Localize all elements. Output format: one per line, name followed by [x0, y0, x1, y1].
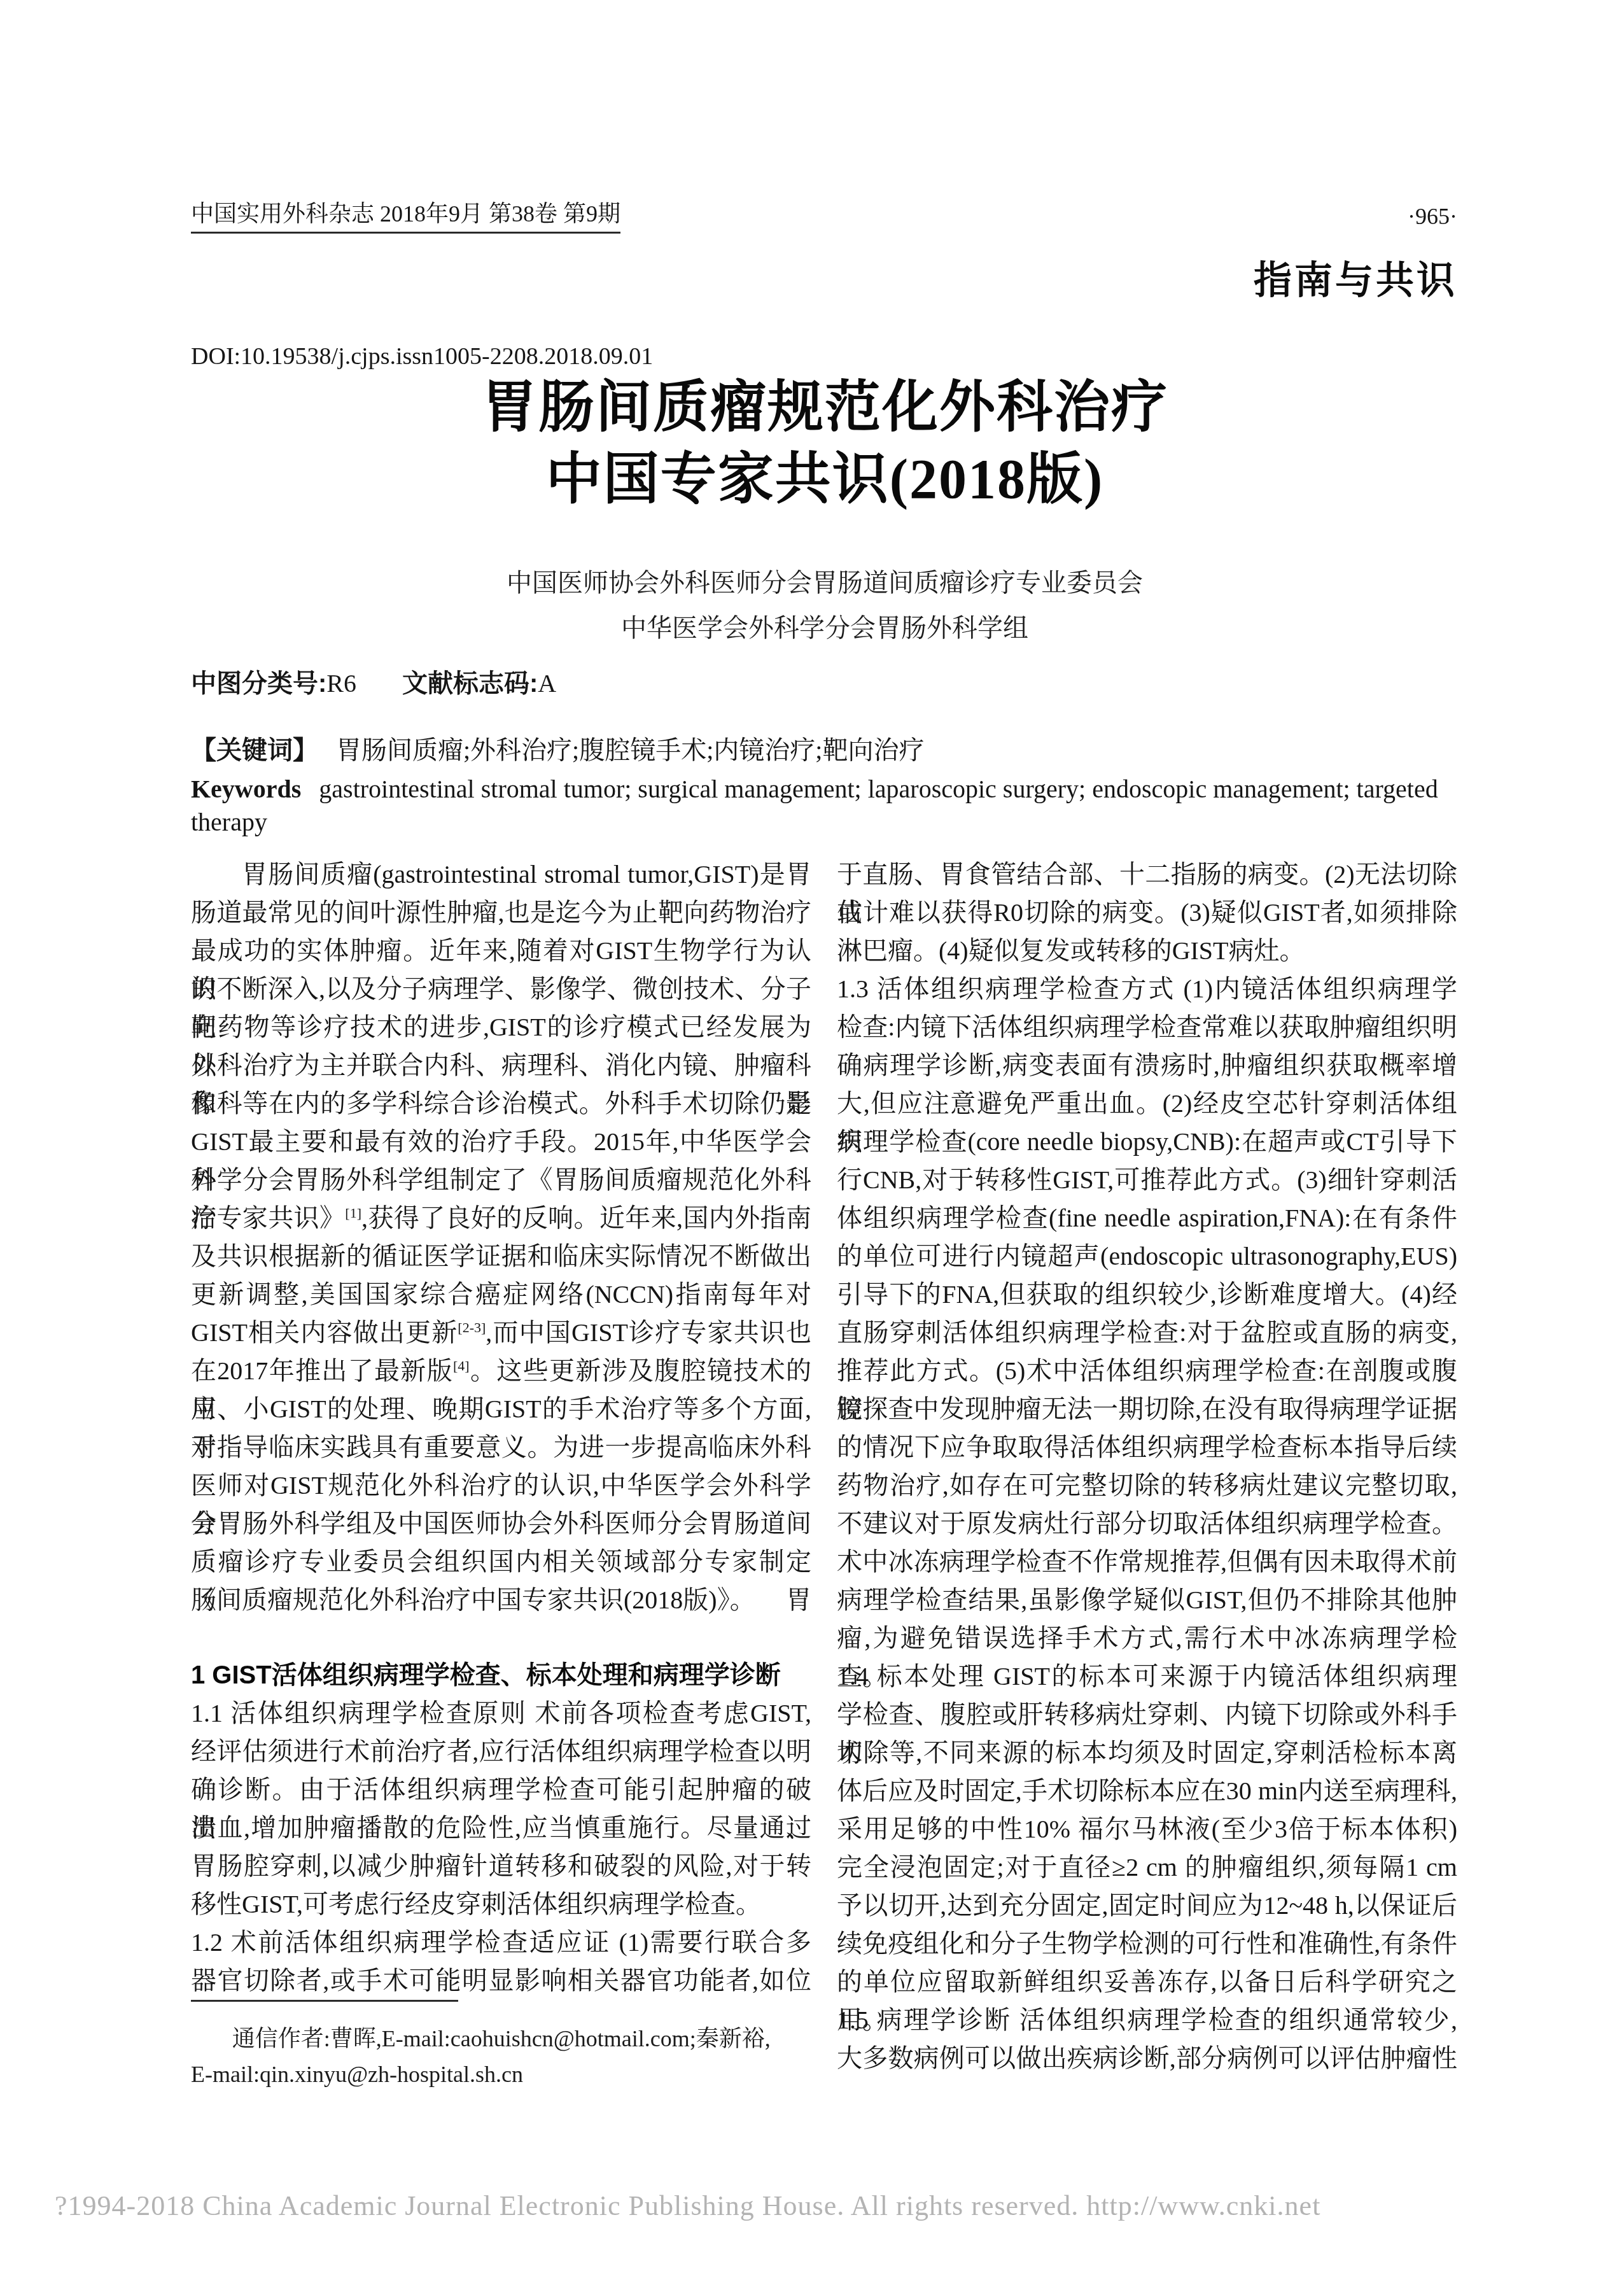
text-line: 的单位可进行内镜超声(endoscopic ultrasonography,EU… — [837, 1237, 1457, 1276]
clc-value: R6 — [326, 669, 356, 698]
text-line: 体后应及时固定,手术切除标本应在30 min内送至病理科, — [837, 1772, 1457, 1810]
text-line: 1.1 活体组织病理学检查原则 术前各项检查考虑GIST, — [191, 1694, 811, 1733]
footnote-divider — [191, 2000, 458, 2002]
text-line: GIST最主要和最有效的治疗手段。2015年,中华医学会外 — [191, 1123, 811, 1161]
text-line: 科学分会胃肠外科学组制定了《胃肠间质瘤规范化外科治 — [191, 1161, 811, 1199]
paragraph: 1.2 术前活体组织病理学检查适应证 (1)需要行联合多器官切除者,或手术可能明… — [191, 1923, 811, 2000]
text-line: 淋巴瘤。(4)疑似复发或转移的GIST病灶。 — [837, 932, 1457, 970]
text-line: 像科等在内的多学科综合诊治模式。外科手术切除仍是 — [191, 1085, 811, 1123]
text-line: 不建议对于原发病灶行部分切取活体组织病理学检查。 — [837, 1505, 1457, 1543]
paragraph: 1.1 活体组织病理学检查原则 术前各项检查考虑GIST,经评估须进行术前治疗者… — [191, 1694, 811, 1923]
text-line: 会胃肠外科学组及中国医师协会外科医师分会胃肠道间 — [191, 1505, 811, 1543]
text-line: 切除等,不同来源的标本均须及时固定,穿刺活检标本离 — [837, 1734, 1457, 1772]
keywords-cn-line: 【关键词】胃肠间质瘤;外科治疗;腹腔镜手术;内镜治疗;靶向治疗 — [191, 734, 924, 767]
paragraph: 胃肠间质瘤(gastrointestinal stromal tumor,GIS… — [191, 855, 811, 1619]
text-line: 肠间质瘤规范化外科治疗中国专家共识(2018版)》。 — [191, 1581, 811, 1619]
text-line: 于直肠、胃食管结合部、十二指肠的病变。(2)无法切除或 — [837, 855, 1457, 894]
keywords-en-line: Keywordsgastrointestinal stromal tumor; … — [191, 773, 1459, 839]
text-line: 的不断深入,以及分子病理学、影像学、微创技术、分子靶 — [191, 970, 811, 1008]
doi-line: DOI:10.19538/j.cjps.issn1005-2208.2018.0… — [191, 342, 653, 370]
text-line: 在2017年推出了最新版[4]。这些更新涉及腹腔镜技术的应 — [191, 1352, 811, 1390]
text-line: 续免疫组化和分子生物学检测的可行性和准确性,有条件 — [837, 1925, 1457, 1963]
doc-code-label: 文献标志码: — [402, 670, 538, 698]
text-line: 外科治疗为主并联合内科、病理科、消化内镜、肿瘤科和影 — [191, 1046, 811, 1085]
article-title-line2: 中国专家共识(2018版) — [191, 444, 1459, 516]
text-line: 推荐此方式。(5)术中活体组织病理学检查:在剖腹或腹腔 — [837, 1352, 1457, 1390]
text-line: 体组织病理学检查(fine needle aspiration,FNA):在有条… — [837, 1199, 1457, 1237]
article-title: 胃肠间质瘤规范化外科治疗 中国专家共识(2018版) — [191, 372, 1459, 516]
journal-page: 中国实用外科杂志 2018年9月 第38卷 第9期 ·965· 指南与共识 DO… — [0, 0, 1624, 2278]
text-line: 术中冰冻病理学检查不作常规推荐,但偶有因未取得术前 — [837, 1543, 1457, 1581]
text-line: 直肠穿刺活体组织病理学检查:对于盆腔或直肠的病变, — [837, 1314, 1457, 1352]
text-line: 移性GIST,可考虑行经皮穿刺活体组织病理学检查。 — [191, 1885, 811, 1923]
text-line: 镜探查中发现肿瘤无法一期切除,在没有取得病理学证据 — [837, 1390, 1457, 1428]
text-line: 行CNB,对于转移性GIST,可推荐此方式。(3)细针穿刺活 — [837, 1161, 1457, 1199]
keywords-cn-text: 胃肠间质瘤;外科治疗;腹腔镜手术;内镜治疗;靶向治疗 — [336, 736, 924, 764]
text-line: 病理学检查(core needle biopsy,CNB):在超声或CT引导下 — [837, 1123, 1457, 1161]
text-line: 器官切除者,或手术可能明显影响相关器官功能者,如位 — [191, 1962, 811, 2000]
affiliation-line2: 中华医学会外科学分会胃肠外科学组 — [191, 605, 1459, 650]
text-line: 引导下的FNA,但获取的组织较少,诊断难度增大。(4)经 — [837, 1276, 1457, 1314]
article-title-line1: 胃肠间质瘤规范化外科治疗 — [191, 372, 1459, 444]
text-line: 用、小GIST的处理、晚期GIST的手术治疗等多个方面,对 — [191, 1390, 811, 1428]
section-heading: 1 GIST活体组织病理学检查、标本处理和病理学诊断 — [191, 1656, 811, 1694]
right-column-blocks: 于直肠、胃食管结合部、十二指肠的病变。(2)无法切除或估计难以获得R0切除的病变… — [837, 855, 1457, 2078]
journal-info: 中国实用外科杂志 2018年9月 第38卷 第9期 — [191, 201, 620, 234]
text-line: 检查:内镜下活体组织病理学检查常难以获取肿瘤组织明 — [837, 1008, 1457, 1046]
keywords-cn-label: 【关键词】 — [191, 736, 318, 764]
page-number: ·965· — [1408, 204, 1457, 229]
text-line: 胃肠间质瘤(gastrointestinal stromal tumor,GIS… — [191, 855, 811, 894]
text-line: 1.5 病理学诊断 活体组织病理学检查的组织通常较少, — [837, 2001, 1457, 2039]
text-line: 学检查、腹腔或肝转移病灶穿刺、内镜下切除或外科手术 — [837, 1696, 1457, 1734]
text-line: 大多数病例可以做出疾病诊断,部分病例可以评估肿瘤性 — [837, 2039, 1457, 2078]
text-line: 肠道最常见的间叶源性肿瘤,也是迄今为止靶向药物治疗 — [191, 894, 811, 932]
text-line: 药物治疗,如存在可完整切除的转移病灶建议完整切取, — [837, 1466, 1457, 1505]
text-line: 医师对GIST规范化外科治疗的认识,中华医学会外科学分 — [191, 1466, 811, 1505]
footnote: 通信作者:曹晖,E-mail:caohuishcn@hotmail.com;秦新… — [191, 2021, 811, 2092]
text-line: 的情况下应争取取得活体组织病理学检查标本指导后续 — [837, 1428, 1457, 1466]
text-line: 最成功的实体肿瘤。近年来,随着对GIST生物学行为认识 — [191, 932, 811, 970]
text-line: 1.2 术前活体组织病理学检查适应证 (1)需要行联合多 — [191, 1923, 811, 1962]
text-line: 确诊断。由于活体组织病理学检查可能引起肿瘤的破溃、 — [191, 1771, 811, 1809]
left-column-blocks: 胃肠间质瘤(gastrointestinal stromal tumor,GIS… — [191, 855, 811, 2000]
text-line: 估计难以获得R0切除的病变。(3)疑似GIST者,如须排除 — [837, 894, 1457, 932]
text-line: 予以切开,达到充分固定,固定时间应为12~48 h,以保证后 — [837, 1887, 1457, 1925]
paragraph: 1.5 病理学诊断 活体组织病理学检查的组织通常较少,大多数病例可以做出疾病诊断… — [837, 2001, 1457, 2078]
text-line: 1.4 标本处理 GIST的标本可来源于内镜活体组织病理 — [837, 1657, 1457, 1696]
text-line: 及共识根据新的循证医学证据和临床实际情况不断做出 — [191, 1237, 811, 1276]
paragraph: 1.3 活体组织病理学检查方式 (1)内镜活体组织病理学检查:内镜下活体组织病理… — [837, 970, 1457, 1657]
paragraph: 1.4 标本处理 GIST的标本可来源于内镜活体组织病理学检查、腹腔或肝转移病灶… — [837, 1657, 1457, 2001]
text-line: 经评估须进行术前治疗者,应行活体组织病理学检查以明 — [191, 1733, 811, 1771]
text-line: GIST相关内容做出更新[2-3],而中国GIST诊疗专家共识也 — [191, 1314, 811, 1352]
text-line: 大,但应注意避免严重出血。(2)经皮空芯针穿刺活体组织 — [837, 1085, 1457, 1123]
doc-code-value: A — [538, 669, 556, 698]
footnote-line: 通信作者:曹晖,E-mail:caohuishcn@hotmail.com;秦新… — [191, 2021, 811, 2057]
clc-label: 中图分类号: — [191, 670, 326, 698]
author-affiliations: 中国医师协会外科医师分会胃肠道间质瘤诊疗专业委员会 中华医学会外科学分会胃肠外科… — [191, 560, 1459, 650]
paragraph: 于直肠、胃食管结合部、十二指肠的病变。(2)无法切除或估计难以获得R0切除的病变… — [837, 855, 1457, 970]
text-line: 确病理学诊断,病变表面有溃疡时,肿瘤组织获取概率增 — [837, 1046, 1457, 1085]
text-line: 的单位应留取新鲜组织妥善冻存,以备日后科学研究之用。 — [837, 1963, 1457, 2001]
keywords-en-text: gastrointestinal stromal tumor; surgical… — [191, 775, 1438, 836]
body-left-column: 胃肠间质瘤(gastrointestinal stromal tumor,GIS… — [191, 855, 811, 2092]
text-line: 于指导临床实践具有重要意义。为进一步提高临床外科 — [191, 1428, 811, 1466]
column-section-label: 指南与共识 — [1254, 260, 1457, 302]
text-line: 采用足够的中性10% 福尔马林液(至少3倍于标本体积) — [837, 1810, 1457, 1848]
classification-line: 中图分类号:R6文献标志码:A — [191, 667, 556, 700]
text-line: 完全浸泡固定;对于直径≥2 cm 的肿瘤组织,须每隔1 cm — [837, 1848, 1457, 1887]
cnki-watermark: ?1994-2018 China Academic Journal Electr… — [55, 2190, 1320, 2222]
text-line: 胃肠腔穿刺,以减少肿瘤针道转移和破裂的风险,对于转 — [191, 1847, 811, 1885]
text-line: 出血,增加肿瘤播散的危险性,应当慎重施行。尽量通过 — [191, 1809, 811, 1847]
text-line: 瘤,为避免错误选择手术方式,需行术中冰冻病理学检查。 — [837, 1619, 1457, 1657]
text-line: 病理学检查结果,虽影像学疑似GIST,但仍不排除其他肿 — [837, 1581, 1457, 1619]
text-line: 疗专家共识》[1],获得了良好的反响。近年来,国内外指南 — [191, 1199, 811, 1237]
keywords-en-label: Keywords — [191, 775, 301, 803]
body-right-column: 于直肠、胃食管结合部、十二指肠的病变。(2)无法切除或估计难以获得R0切除的病变… — [837, 855, 1457, 2078]
affiliation-line1: 中国医师协会外科医师分会胃肠道间质瘤诊疗专业委员会 — [191, 560, 1459, 605]
text-line: 更新调整,美国国家综合癌症网络(NCCN)指南每年对 — [191, 1276, 811, 1314]
text-line: 质瘤诊疗专业委员会组织国内相关领域部分专家制定《胃 — [191, 1543, 811, 1581]
text-line: 向药物等诊疗技术的进步,GIST的诊疗模式已经发展为以 — [191, 1008, 811, 1046]
footnote-line: E-mail:qin.xinyu@zh-hospital.sh.cn — [191, 2057, 811, 2092]
text-line: 1.3 活体组织病理学检查方式 (1)内镜活体组织病理学 — [837, 970, 1457, 1008]
